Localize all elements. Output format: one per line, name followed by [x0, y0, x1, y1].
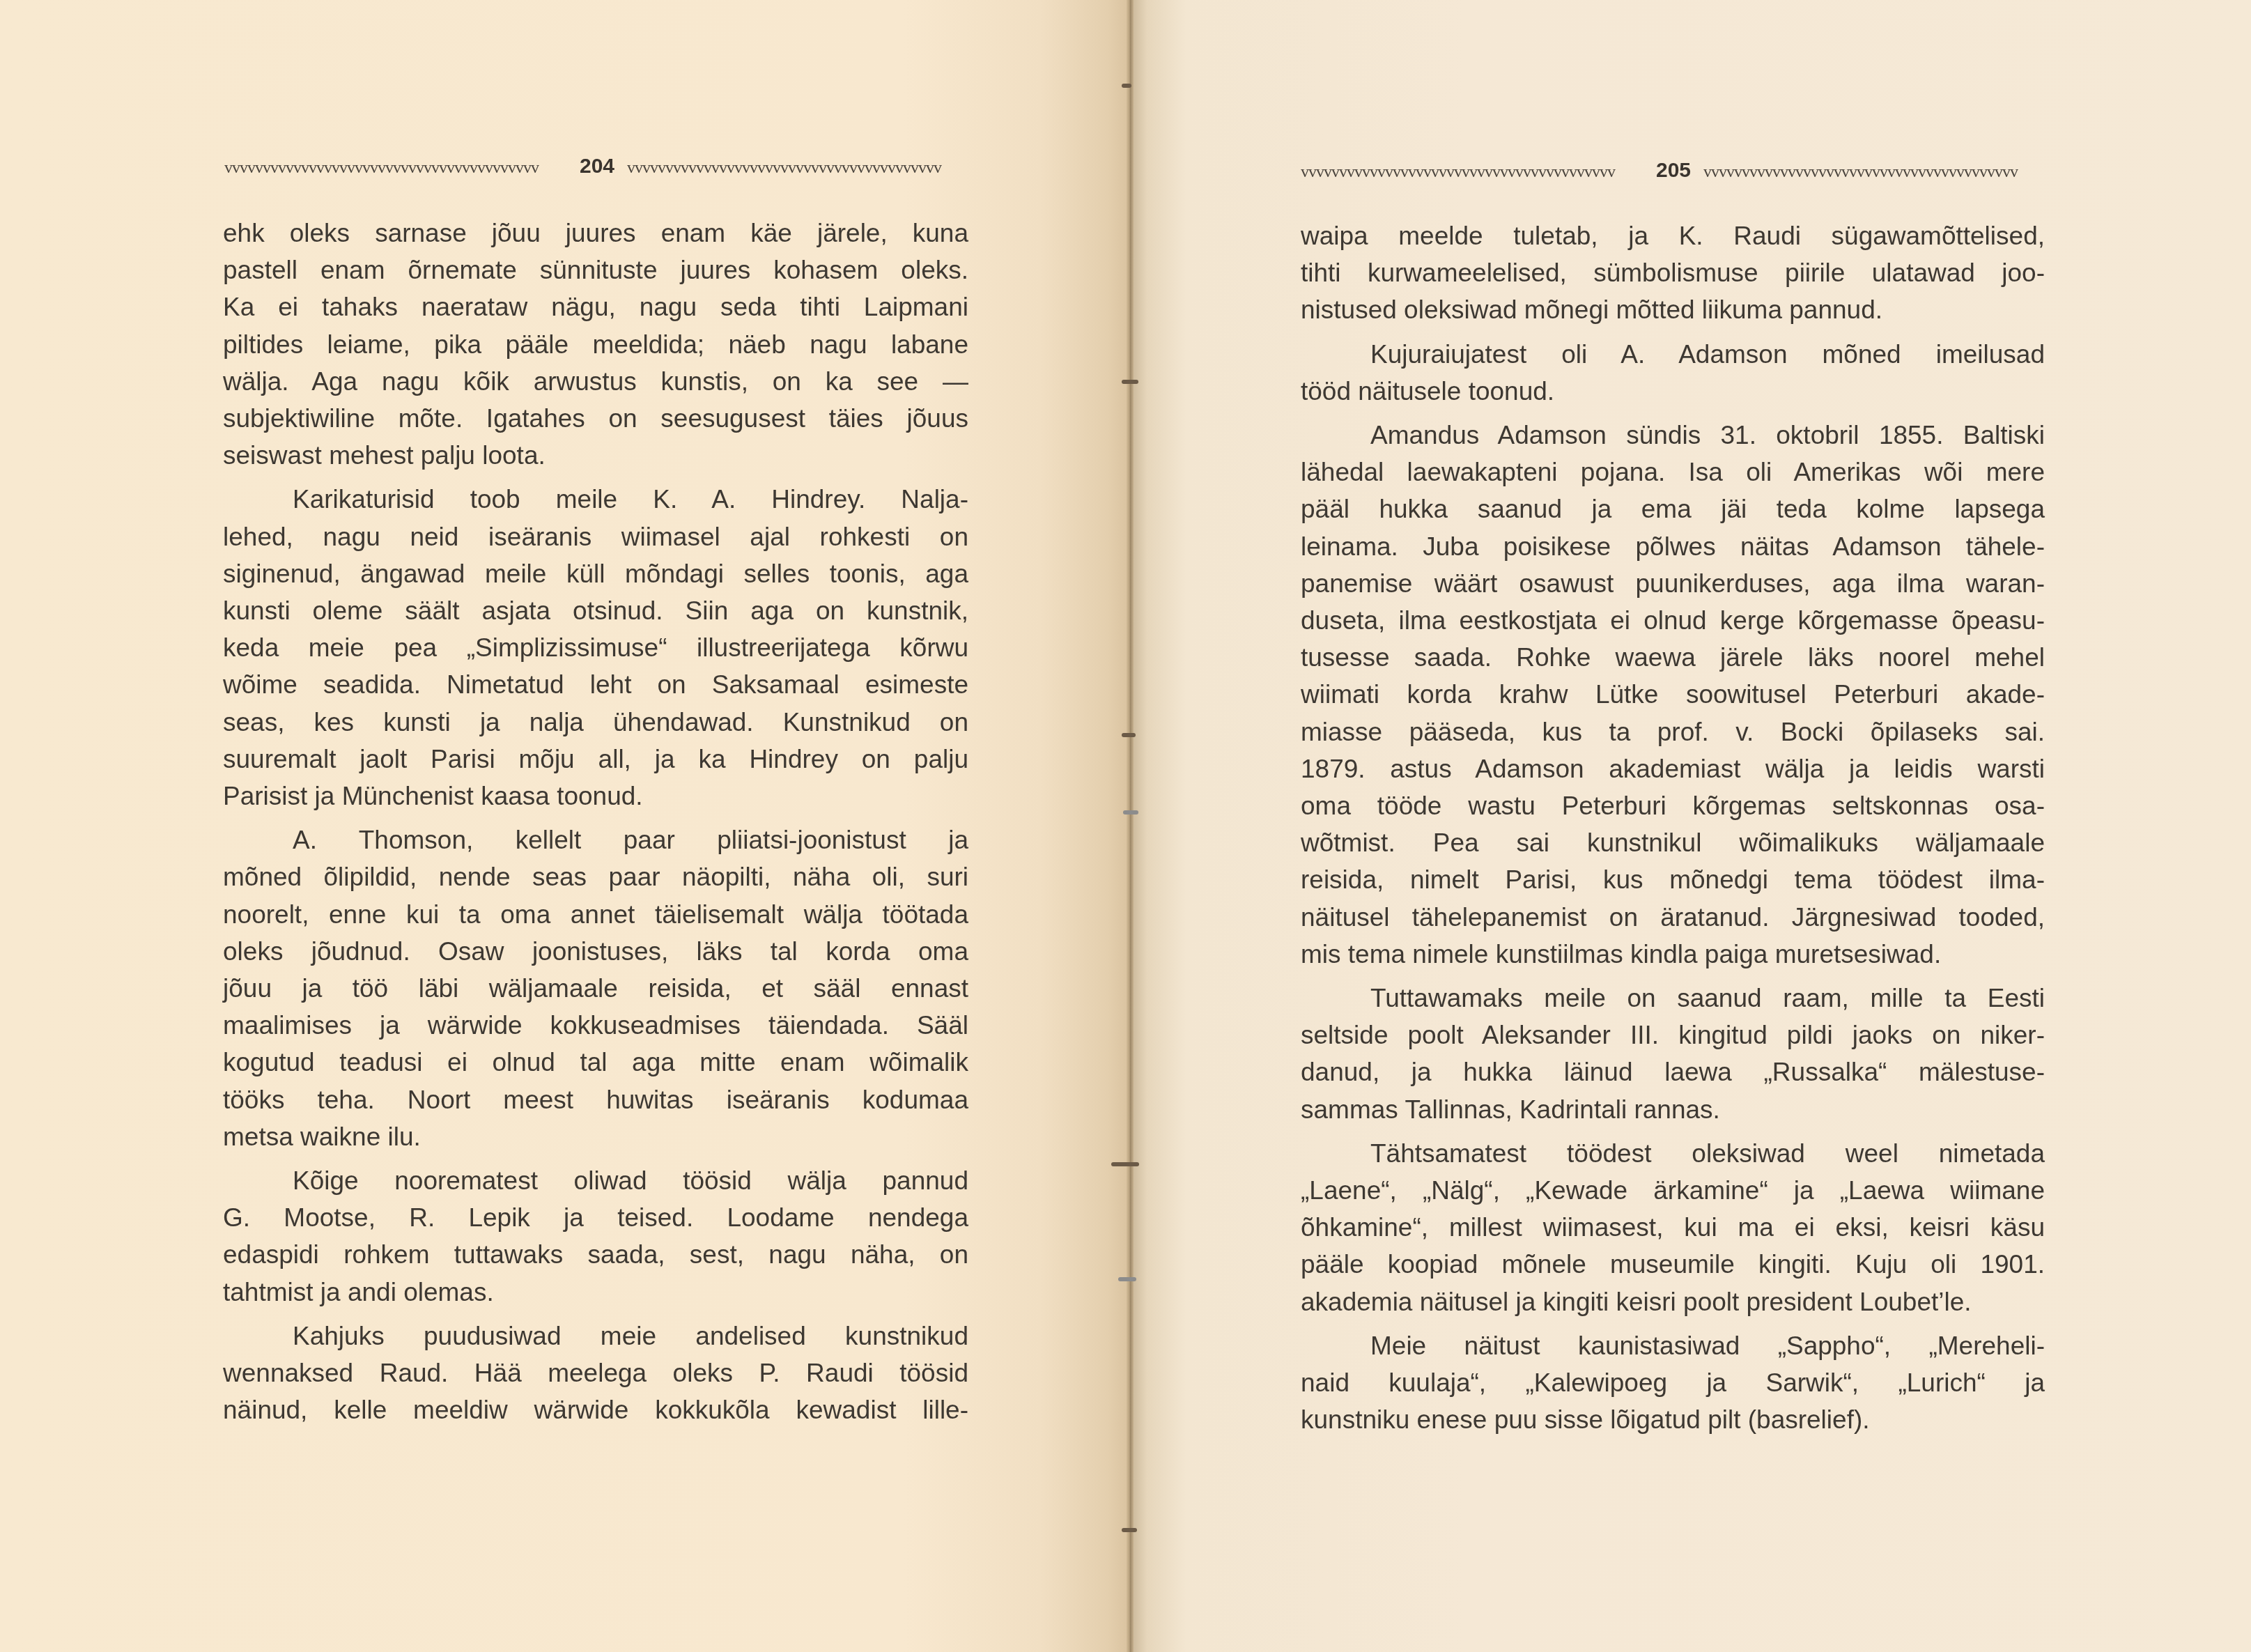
text-line: G. Mootse, R. Lepik ja teised. Loodame n… [223, 1199, 968, 1236]
text-line: Kahjuks puudusiwad meie andelised kunstn… [223, 1318, 968, 1354]
text-line: keda meie pea „Simplizissimuse“ illustre… [223, 629, 968, 666]
text-line: seltside poolt Aleksander III. kingitud … [1301, 1017, 2045, 1053]
header-ornament-right: vvvvvvvvvvvvvvvvvvvvvvvvvvvvvvvvvvvvvvvv… [627, 159, 970, 178]
text-line: Tuttawamaks meile on saanud raam, mille … [1301, 980, 2045, 1017]
paragraph: Meie näitust kaunistasiwad „Sappho“, „Me… [1301, 1327, 2045, 1439]
left-page-body: ehk oleks sarnase jõuu juures enam käe j… [223, 215, 968, 1436]
text-line: waipa meelde tuletab, ja K. Raudi sügawa… [1301, 217, 2045, 254]
binding-stitch [1122, 1528, 1137, 1532]
text-line: tusesse saada. Rohke waewa järele läks n… [1301, 639, 2045, 676]
text-line: danud, ja hukka läinud laewa „Russalka“ … [1301, 1053, 2045, 1090]
running-header-left: vvvvvvvvvvvvvvvvvvvvvvvvvvvvvvvvvvvvvvvv… [224, 155, 970, 178]
header-ornament-left: vvvvvvvvvvvvvvvvvvvvvvvvvvvvvvvvvvvvvvvv… [224, 159, 567, 178]
text-line: seas, kes kunsti ja nalja ühendawad. Kun… [223, 704, 968, 741]
text-line: naid kuulaja“, „Kalewipoeg ja Sarwik“, „… [1301, 1364, 2045, 1401]
text-line: wiimati korda krahw Lütke soowitusel Pet… [1301, 676, 2045, 713]
text-line: reisida, nimelt Parisi, kus mõnedgi tema… [1301, 861, 2045, 898]
text-line: tahtmist ja andi olemas. [223, 1274, 968, 1311]
page-number-right: 205 [1656, 159, 1691, 183]
text-line: lähedal laewakapteni pojana. Isa oli Ame… [1301, 454, 2045, 491]
text-line: „Laene“, „Nälg“, „Kewade ärkamine“ ja „L… [1301, 1172, 2045, 1209]
text-line: Kõige noorematest oliwad töösid wälja pa… [223, 1162, 968, 1199]
binding-stitch [1122, 733, 1136, 737]
text-line: Karikaturisid toob meile K. A. Hindrey. … [223, 481, 968, 518]
text-line: mõned õlipildid, nende seas paar näopilt… [223, 858, 968, 895]
text-line: kunstniku enese puu sisse lõigatud pilt … [1301, 1401, 2045, 1438]
header-ornament-left: vvvvvvvvvvvvvvvvvvvvvvvvvvvvvvvvvvvvvvvv… [1301, 163, 1643, 182]
paragraph: Tuttawamaks meile on saanud raam, mille … [1301, 980, 2045, 1128]
paragraph: ehk oleks sarnase jõuu juures enam käe j… [223, 215, 968, 474]
text-line: õhkamine“, millest wiimasest, kui ma ei … [1301, 1209, 2045, 1246]
text-line: kunsti oleme säält asjata otsinud. Siin … [223, 592, 968, 629]
text-line: leinama. Juba poisikese põlwes näitas Ad… [1301, 528, 2045, 565]
header-ornament-right: vvvvvvvvvvvvvvvvvvvvvvvvvvvvvvvvvvvvvvvv… [1703, 163, 2046, 182]
text-line: ehk oleks sarnase jõuu juures enam käe j… [223, 215, 968, 252]
text-line: tihti kurwameelelised, sümbolismuse piir… [1301, 254, 2045, 291]
text-line: Parisist ja Münchenist kaasa toonud. [223, 778, 968, 815]
binding-stitch [1123, 810, 1138, 815]
text-line: wõtmist. Pea sai kunstnikul wõimalikuks … [1301, 824, 2045, 861]
right-page: vvvvvvvvvvvvvvvvvvvvvvvvvvvvvvvvvvvvvvvv… [1130, 0, 2251, 1652]
text-line: oleks jõudnud. Osaw joonistuses, läks ta… [223, 933, 968, 970]
text-line: näitusel tähelepanemist on äratanud. Jär… [1301, 899, 2045, 936]
page-number-left: 204 [580, 155, 614, 178]
text-line: akademia näitusel ja kingiti keisri pool… [1301, 1283, 2045, 1320]
text-line: miasse pääseda, kus ta prof. v. Bocki õp… [1301, 713, 2045, 750]
text-line: edaspidi rohkem tuttawaks saada, sest, n… [223, 1236, 968, 1273]
text-line: sammas Tallinnas, Kadrintali rannas. [1301, 1091, 2045, 1128]
paragraph: Karikaturisid toob meile K. A. Hindrey. … [223, 481, 968, 815]
text-line: noorelt, enne kui ta oma annet täielisem… [223, 896, 968, 933]
text-line: pastell enam õrnemate sünnituste juures … [223, 252, 968, 288]
text-line: Tähtsamatest töödest oleksiwad weel nime… [1301, 1135, 2045, 1172]
text-line: Kujuraiujatest oli A. Adamson mõned imei… [1301, 336, 2045, 373]
text-line: Meie näitust kaunistasiwad „Sappho“, „Me… [1301, 1327, 2045, 1364]
binding-stitch [1111, 1162, 1139, 1166]
paragraph: Kõige noorematest oliwad töösid wälja pa… [223, 1162, 968, 1311]
text-line: oma tööde wastu Peterburi kõrgemas selts… [1301, 787, 2045, 824]
text-line: 1879. astus Adamson akademiast wälja ja … [1301, 750, 2045, 787]
text-line: pääl hukka saanud ja ema jäi teda kolme … [1301, 491, 2045, 527]
paragraph: waipa meelde tuletab, ja K. Raudi sügawa… [1301, 217, 2045, 329]
text-line: A. Thomson, kellelt paar pliiatsi-joonis… [223, 821, 968, 858]
text-line: suuremalt jaolt Parisi mõju all, ja ka H… [223, 741, 968, 778]
text-line: wennaksed Raud. Hää meelega oleks P. Rau… [223, 1354, 968, 1391]
text-line: nistused oleksiwad mõnegi mõtted liikuma… [1301, 291, 2045, 328]
left-page: vvvvvvvvvvvvvvvvvvvvvvvvvvvvvvvvvvvvvvvv… [0, 0, 1130, 1652]
text-line: mis tema nimele kunstiilmas kindla paiga… [1301, 936, 2045, 973]
text-line: wälja. Aga nagu kõik arwustus kunstis, o… [223, 363, 968, 400]
paragraph: Kujuraiujatest oli A. Adamson mõned imei… [1301, 336, 2045, 410]
binding-stitch [1122, 84, 1131, 88]
text-line: maalimises ja wärwide kokkuseadmises täi… [223, 1007, 968, 1044]
binding-stitch [1122, 380, 1138, 384]
text-line: panemise wäärt osawust puunikerduses, ag… [1301, 565, 2045, 602]
text-line: seiswast mehest palju loota. [223, 437, 968, 474]
text-line: metsa waikne ilu. [223, 1118, 968, 1155]
paragraph: Kahjuks puudusiwad meie andelised kunstn… [223, 1318, 968, 1429]
paragraph: Amandus Adamson sündis 31. oktobril 1855… [1301, 417, 2045, 973]
paragraph: A. Thomson, kellelt paar pliiatsi-joonis… [223, 821, 968, 1155]
text-line: pääle koopiad mõnele museumile kingiti. … [1301, 1246, 2045, 1283]
text-line: siginenud, ängawad meile küll mõndagi se… [223, 555, 968, 592]
paragraph: Tähtsamatest töödest oleksiwad weel nime… [1301, 1135, 2045, 1320]
text-line: jõuu ja töö läbi wäljamaale reisida, et … [223, 970, 968, 1007]
binding-stitch [1118, 1277, 1136, 1281]
text-line: wõime seadida. Nimetatud leht on Saksama… [223, 666, 968, 703]
text-line: näinud, kelle meeldiw wärwide kokkukõla … [223, 1391, 968, 1428]
text-line: tööks teha. Noort meest huwitas iseärani… [223, 1081, 968, 1118]
book-spine [1127, 0, 1134, 1652]
right-page-body: waipa meelde tuletab, ja K. Raudi sügawa… [1301, 217, 2045, 1446]
text-line: Amandus Adamson sündis 31. oktobril 1855… [1301, 417, 2045, 454]
text-line: kogutud teadusi ei olnud tal aga mitte e… [223, 1044, 968, 1081]
text-line: subjektiwiline mõte. Igatahes on seesugu… [223, 400, 968, 437]
text-line: duseta, ilma eestkostjata ei olnud kerge… [1301, 602, 2045, 639]
text-line: Ka ei tahaks naerataw nägu, nagu seda ti… [223, 288, 968, 325]
running-header-right: vvvvvvvvvvvvvvvvvvvvvvvvvvvvvvvvvvvvvvvv… [1301, 159, 2046, 183]
text-line: tööd näitusele toonud. [1301, 373, 2045, 410]
text-line: lehed, nagu neid iseäranis wiimasel ajal… [223, 518, 968, 555]
text-line: piltides leiame, pika pääle meeldida; nä… [223, 326, 968, 363]
